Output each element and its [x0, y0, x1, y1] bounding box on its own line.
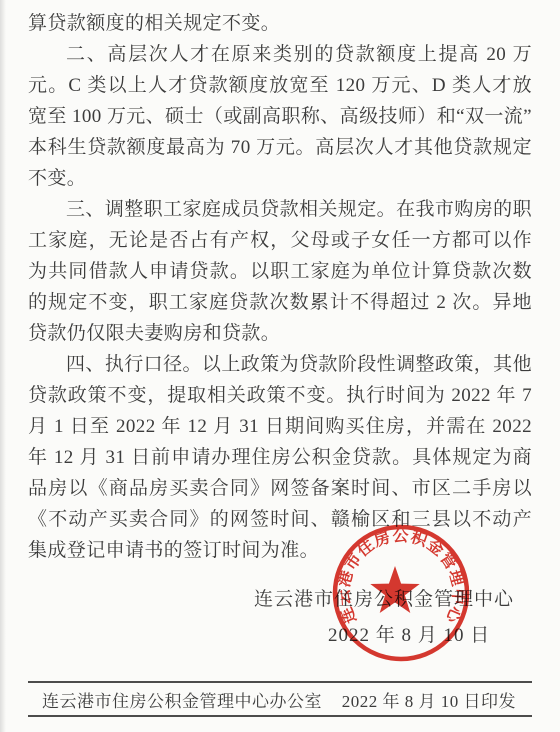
svg-text:连云港市住房公积金管理中心: 连云港市住房公积金管理中心	[335, 527, 468, 627]
star-icon	[370, 566, 419, 613]
paragraph: 算贷款额度的相关规定不变。	[28, 8, 532, 39]
document-page: 算贷款额度的相关规定不变。 二、高层次人才在原来类别的贷款额度上提高 20 万元…	[0, 0, 560, 732]
seal-arc-text: 连云港市住房公积金管理中心	[335, 527, 468, 627]
footer-issuing-office: 连云港市住房公积金管理中心办公室	[42, 687, 322, 712]
official-seal: 连云港市住房公积金管理中心	[330, 522, 472, 664]
footer-colophon: 连云港市住房公积金管理中心办公室 2022 年 8 月 10 日印发	[28, 681, 532, 717]
paragraph: 三、调整职工家庭成员贷款相关规定。在我市购房的职工家庭，无论是否占有产权，父母或…	[28, 194, 532, 349]
footer-print-date: 2022 年 8 月 10 日印发	[342, 687, 516, 712]
body-text: 算贷款额度的相关规定不变。 二、高层次人才在原来类别的贷款额度上提高 20 万元…	[28, 8, 532, 566]
paragraph: 二、高层次人才在原来类别的贷款额度上提高 20 万元。C 类以上人才贷款额度放宽…	[28, 39, 532, 194]
scan-edge-artifact	[0, 0, 6, 732]
